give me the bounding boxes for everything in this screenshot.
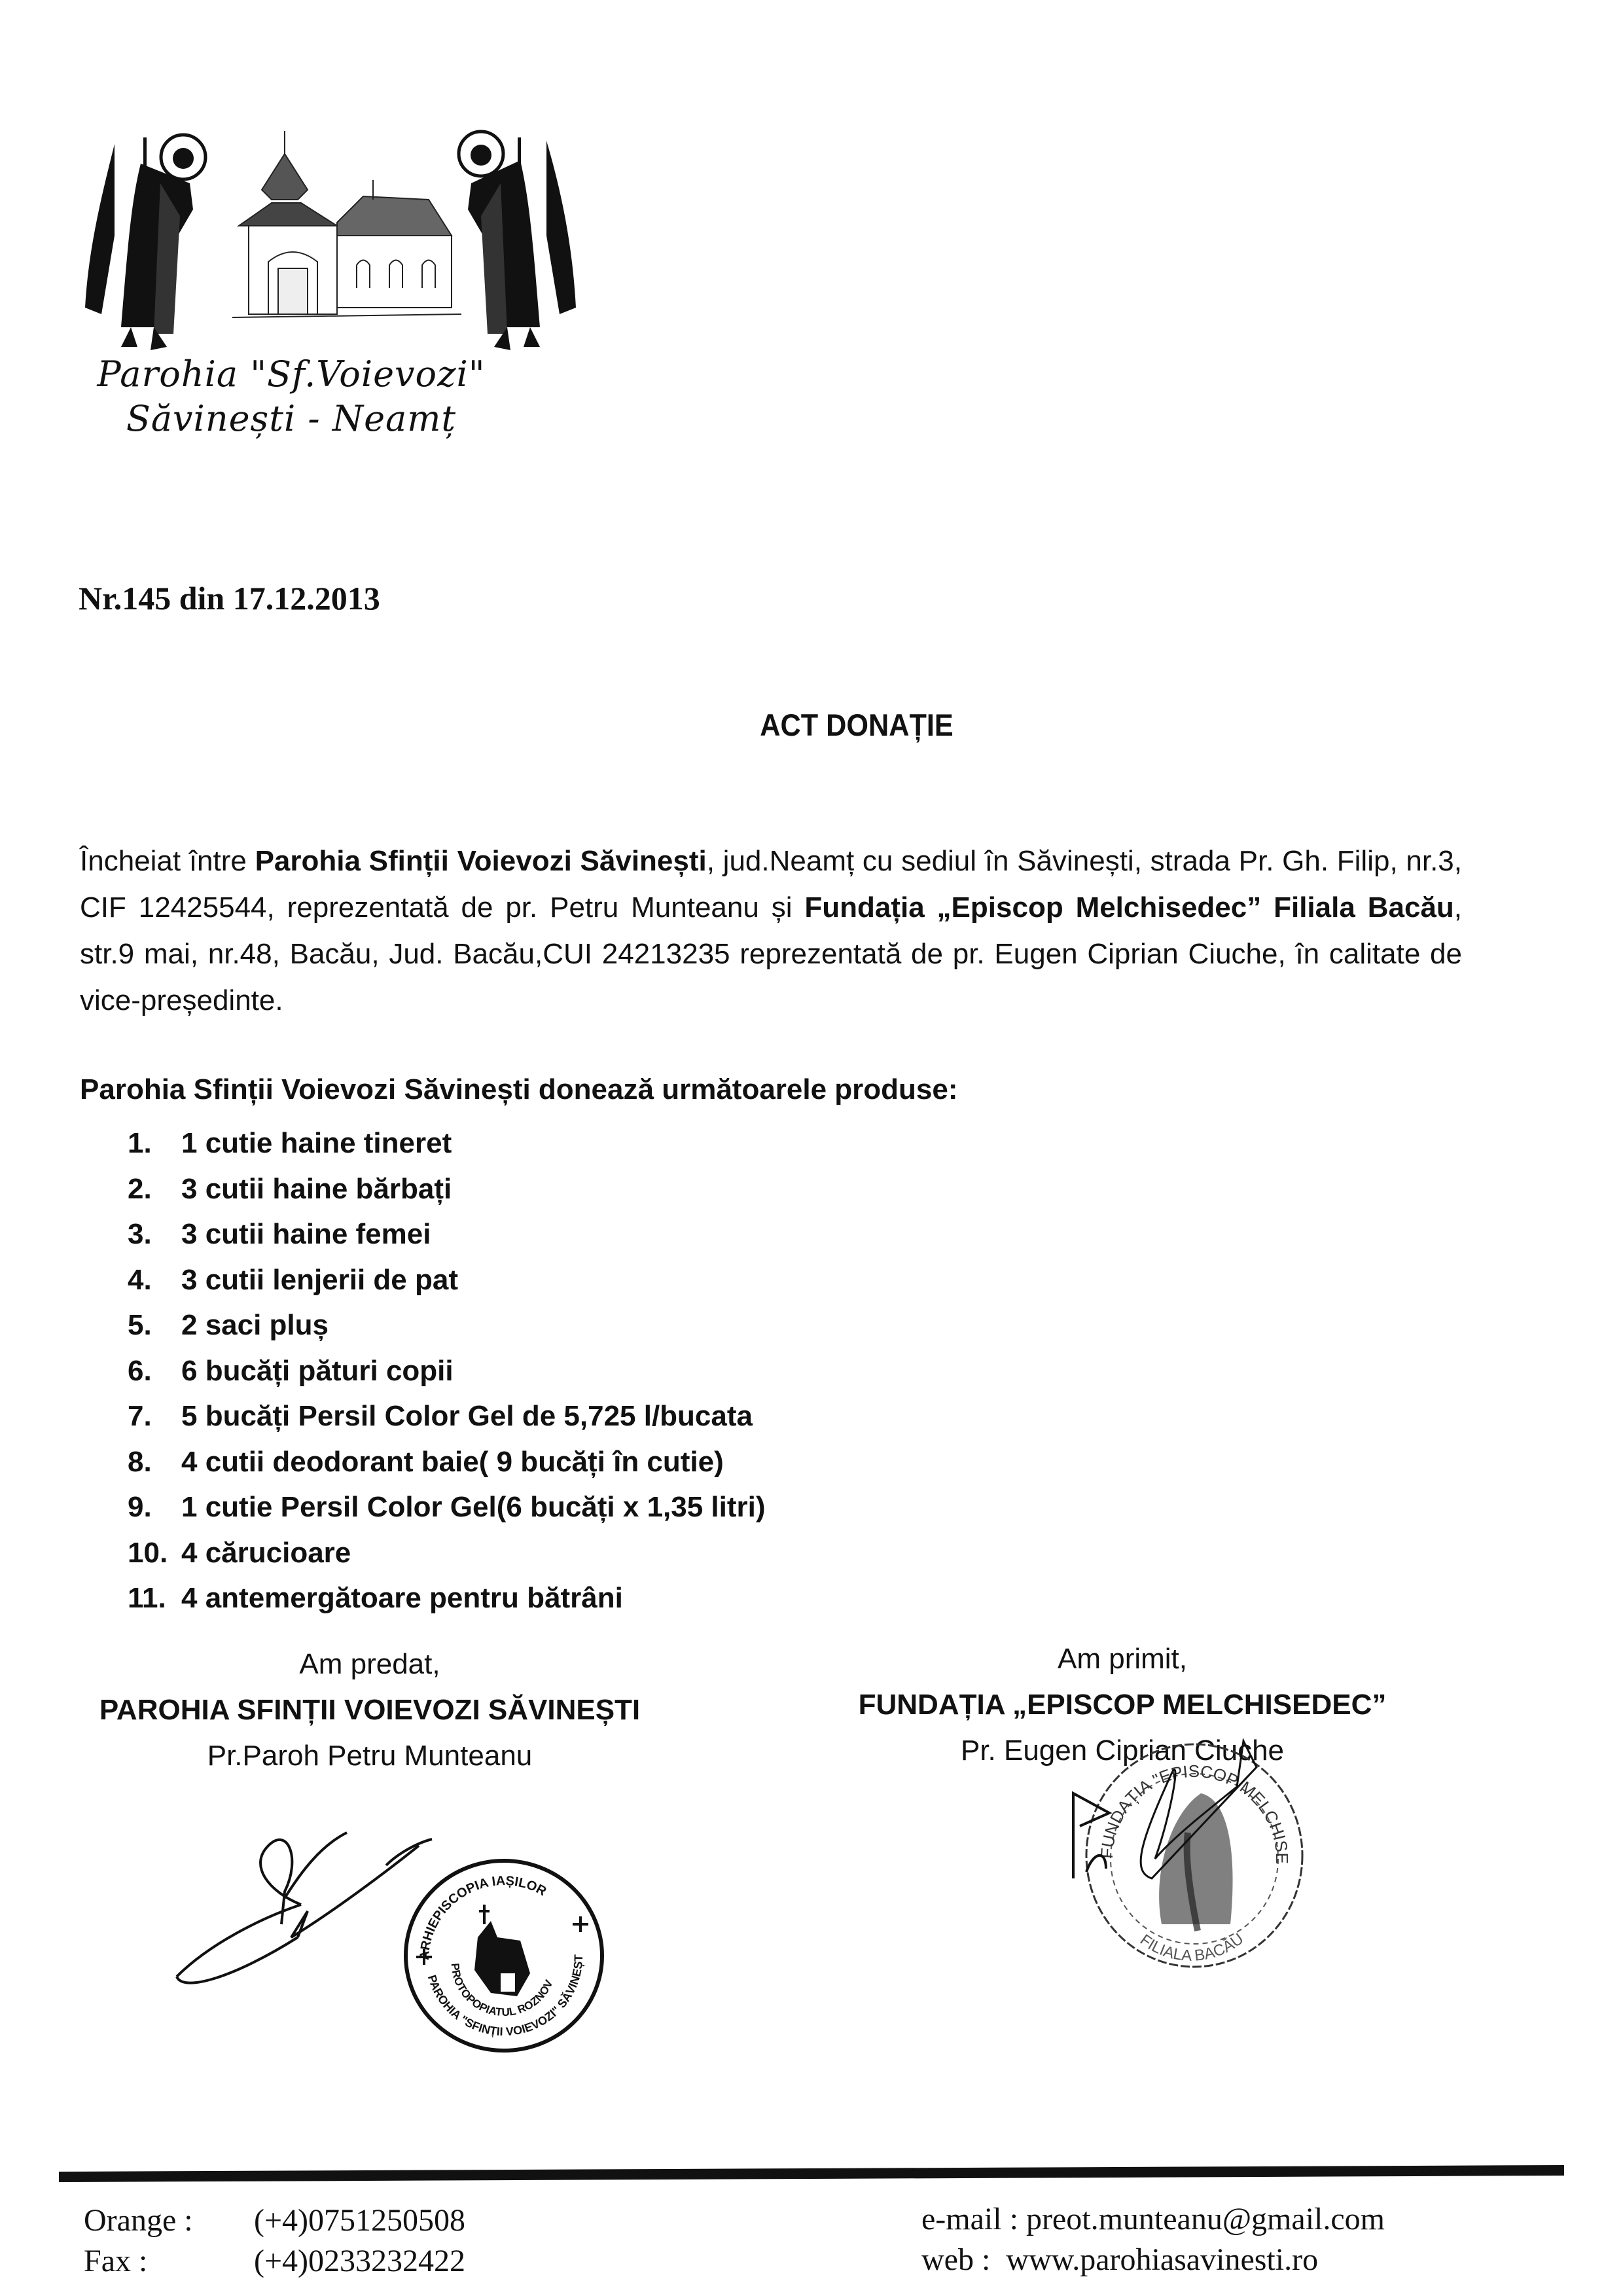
item-text: 3 cutii haine femei — [181, 1218, 431, 1250]
email-label: e-mail : — [921, 2202, 1018, 2236]
web-label: web : — [921, 2242, 990, 2277]
item-number: 2. — [128, 1166, 181, 1212]
recipient-name: Fundația „Episcop Melchisedec” Filiala B… — [804, 891, 1454, 924]
footer-contact-block: e-mail : preot.munteanu@gmail.com web : … — [921, 2199, 1385, 2280]
handover-organization: PAROHIA SFINȚII VOIEVOZI SĂVINEȘTI — [65, 1687, 674, 1733]
item-text: 4 cărucioare — [181, 1537, 351, 1569]
item-text: 1 cutie haine tineret — [181, 1127, 452, 1159]
item-number: 11. — [128, 1575, 181, 1621]
receipt-label: Am primit, — [818, 1636, 1427, 1682]
donor-name: Parohia Sfinții Voievozi Săvinești — [255, 845, 707, 877]
item-number: 8. — [128, 1439, 181, 1485]
church-with-archangels-icon — [75, 118, 586, 353]
item-number: 3. — [128, 1211, 181, 1257]
list-item: 7.5 bucăți Persil Color Gel de 5,725 l/b… — [128, 1393, 766, 1439]
item-number: 4. — [128, 1257, 181, 1303]
parish-stamp: ARHIEPISCOPIA IAȘILOR PAROHIA "SFINȚII V… — [393, 1846, 615, 2062]
fax-label: Fax : — [84, 2241, 254, 2282]
fax-number: (+4)0233232422 — [254, 2244, 465, 2278]
item-text: 2 saci pluș — [181, 1309, 329, 1341]
handover-label: Am predat, — [65, 1641, 674, 1687]
list-item: 2.3 cutii haine bărbați — [128, 1166, 766, 1212]
list-item: 11.4 antemergătoare pentru bătrâni — [128, 1575, 766, 1621]
handover-person: Pr.Paroh Petru Munteanu — [65, 1733, 674, 1779]
document-title: ACT DONAȚIE — [65, 707, 1558, 743]
footer-phone-block: Orange :(+4)0751250508 Fax :(+4)02332324… — [84, 2200, 465, 2282]
donation-list-heading: Parohia Sfinții Voievozi Săvinești donea… — [80, 1073, 958, 1106]
item-text: 3 cutii lenjerii de pat — [181, 1264, 458, 1296]
item-text: 5 bucăți Persil Color Gel de 5,725 l/buc… — [181, 1400, 753, 1432]
list-item: 9.1 cutie Persil Color Gel(6 bucăți x 1,… — [128, 1484, 766, 1530]
list-item: 1.1 cutie haine tineret — [128, 1121, 766, 1166]
intro-text: Încheiat între — [80, 845, 255, 877]
receipt-organization: FUNDAȚIA „EPISCOP MELCHISEDEC” — [818, 1682, 1427, 1728]
document-number: Nr.145 din 17.12.2013 — [79, 579, 380, 617]
foundation-stamp: FUNDAȚIA "EPISCOP MELCHISEDEC" FILIALA B… — [1041, 1728, 1315, 1983]
item-text: 4 cutii deodorant baie( 9 bucăți în cuti… — [181, 1446, 724, 1478]
list-item: 5.2 saci pluș — [128, 1302, 766, 1348]
parish-name-line2: Săvinești - Neamț — [36, 398, 546, 439]
item-number: 9. — [128, 1484, 181, 1530]
list-item: 4.3 cutii lenjerii de pat — [128, 1257, 766, 1303]
item-text: 3 cutii haine bărbați — [181, 1173, 452, 1205]
item-text: 6 bucăți pături copii — [181, 1355, 454, 1387]
list-item: 10.4 cărucioare — [128, 1530, 766, 1576]
item-number: 10. — [128, 1530, 181, 1576]
parish-name-line1: Parohia "Sf.Voievozi" — [36, 353, 546, 395]
list-item: 6.6 bucăți pături copii — [128, 1348, 766, 1394]
item-number: 6. — [128, 1348, 181, 1394]
footer-divider — [59, 2165, 1564, 2182]
item-text: 1 cutie Persil Color Gel(6 bucăți x 1,35… — [181, 1491, 766, 1523]
list-item: 8.4 cutii deodorant baie( 9 bucăți în cu… — [128, 1439, 766, 1485]
item-number: 7. — [128, 1393, 181, 1439]
item-number: 1. — [128, 1121, 181, 1166]
list-item: 3.3 cutii haine femei — [128, 1211, 766, 1257]
intro-paragraph: Încheiat între Parohia Sfinții Voievozi … — [80, 838, 1462, 1024]
item-number: 5. — [128, 1302, 181, 1348]
item-text: 4 antemergătoare pentru bătrâni — [181, 1582, 623, 1614]
email-link[interactable]: preot.munteanu@gmail.com — [1026, 2202, 1385, 2236]
website-link[interactable]: www.parohiasavinesti.ro — [1006, 2242, 1318, 2277]
phone-label: Orange : — [84, 2200, 254, 2241]
handover-signature-block: Am predat, PAROHIA SFINȚII VOIEVOZI SĂVI… — [65, 1641, 674, 1779]
donation-items-list: 1.1 cutie haine tineret 2.3 cutii haine … — [128, 1121, 766, 1621]
phone-number: (+4)0751250508 — [254, 2203, 465, 2238]
parish-logo: Parohia "Sf.Voievozi" Săvinești - Neamț — [75, 118, 586, 458]
